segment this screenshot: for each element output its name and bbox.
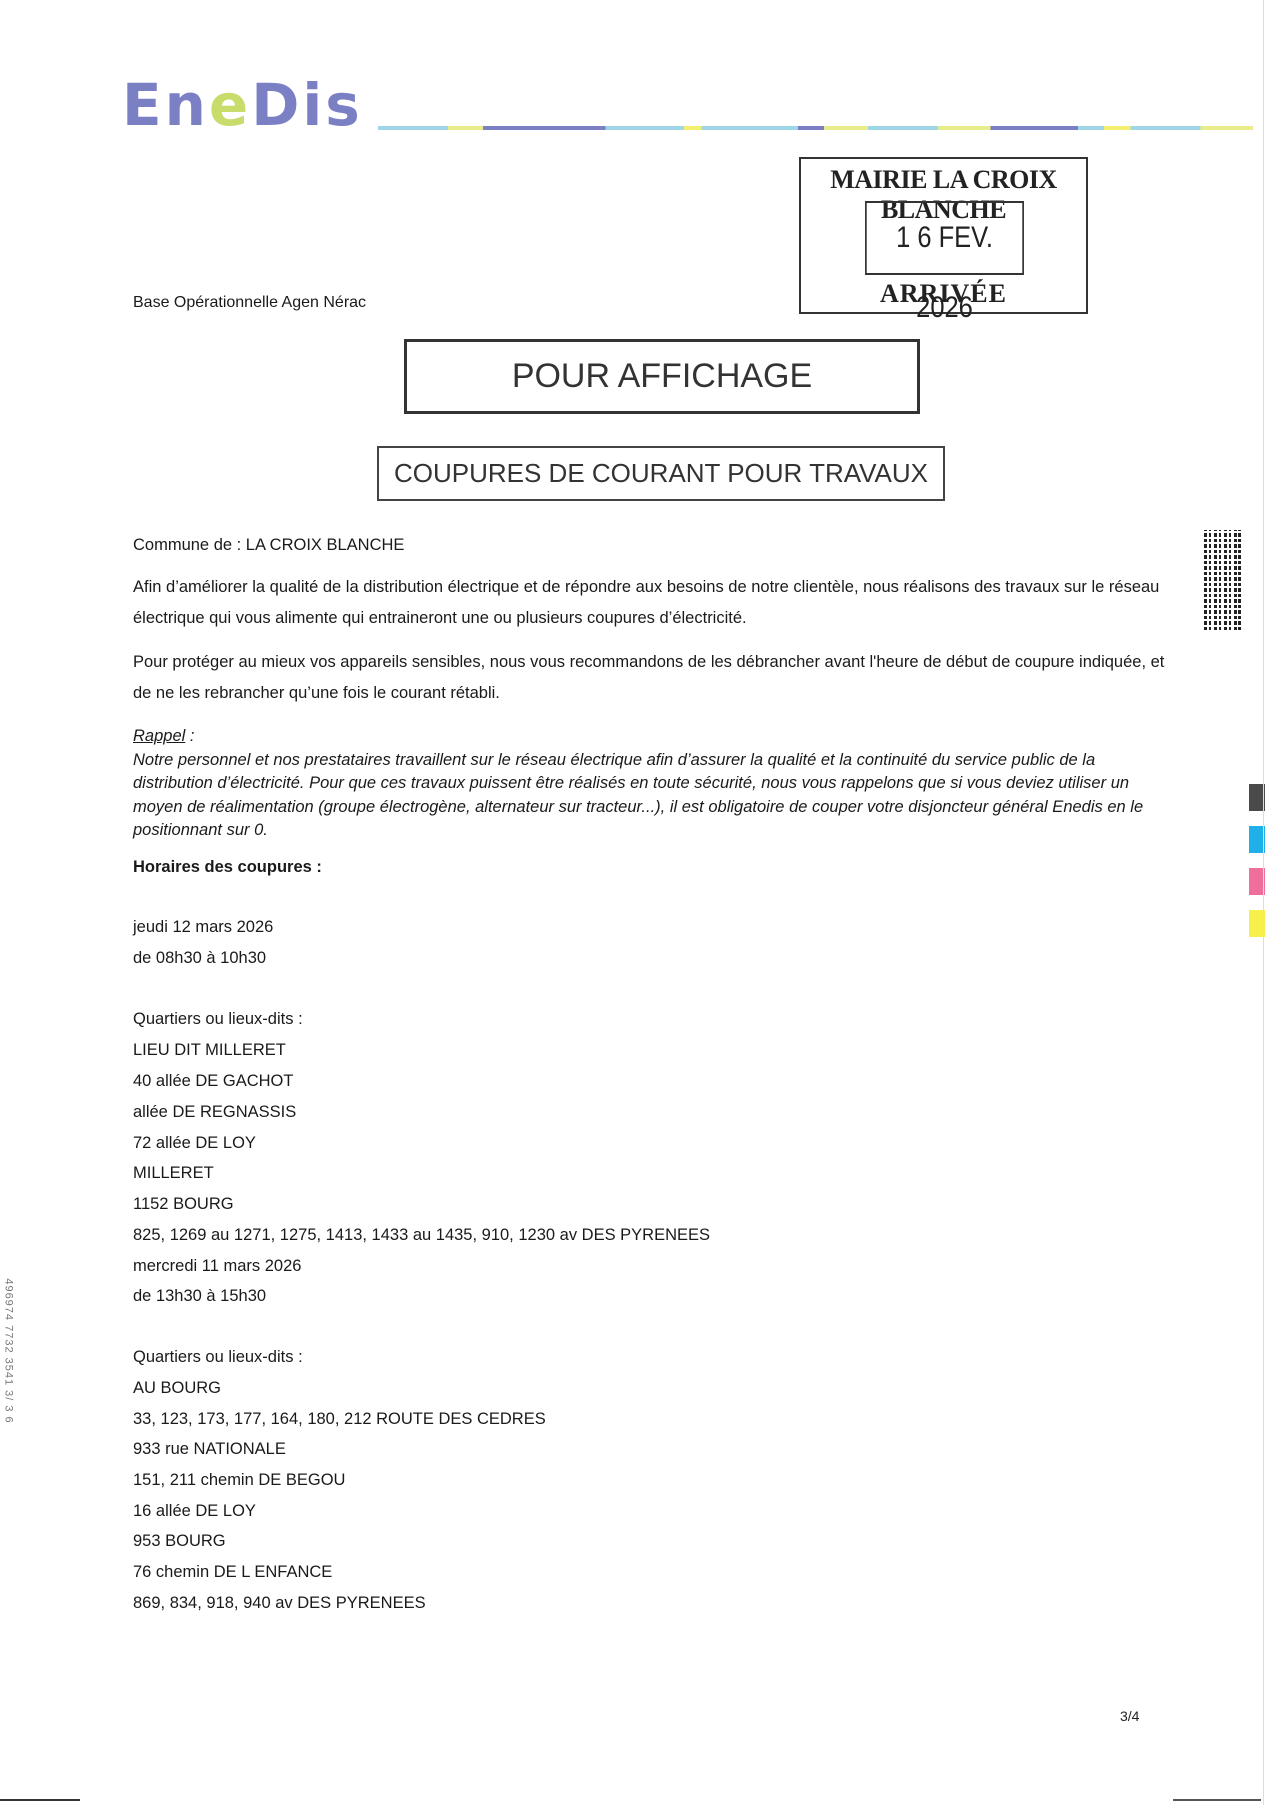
- advice-paragraph: Pour protéger au mieux vos appareils sen…: [133, 647, 1178, 709]
- enedis-logo: EneDis: [122, 76, 363, 134]
- area-item: 76 chemin DE L ENFANCE: [133, 1557, 332, 1588]
- logo-part-2: e: [209, 71, 251, 139]
- intro-paragraph: Afin d’améliorer la qualité de la distri…: [133, 572, 1178, 634]
- outage-1-areas-label: Quartiers ou lieux-dits :: [133, 1004, 303, 1035]
- area-item: 40 allée DE GACHOT: [133, 1066, 293, 1097]
- area-item: 825, 1269 au 1271, 1275, 1413, 1433 au 1…: [133, 1220, 710, 1251]
- area-item: LIEU DIT MILLERET: [133, 1035, 286, 1066]
- stamp-status: ARRIVÉE: [801, 279, 1086, 309]
- margin-tracking-code: 496974 7732 3541 3/ 3 6: [3, 1278, 15, 1423]
- header-divider: [378, 126, 1253, 130]
- schedule-title: Horaires des coupures :: [133, 852, 322, 883]
- area-item: 72 allée DE LOY: [133, 1128, 256, 1159]
- reminder-label: Rappel: [133, 727, 185, 745]
- area-item: AU BOURG: [133, 1373, 221, 1404]
- outage-1-time: de 08h30 à 10h30: [133, 943, 266, 974]
- area-item: 151, 211 chemin DE BEGOU: [133, 1465, 345, 1496]
- page-edge: [1263, 0, 1264, 1805]
- subject-box: COUPURES DE COURANT POUR TRAVAUX: [377, 446, 945, 501]
- area-item: 953 BOURG: [133, 1526, 226, 1557]
- stamp-date: 1 6 FEV. 2026: [865, 201, 1024, 275]
- area-item: MILLERET: [133, 1158, 214, 1189]
- page-number: 3/4: [1120, 1708, 1139, 1724]
- sender-unit: Base Opérationnelle Agen Nérac: [133, 294, 366, 312]
- area-item: allée DE REGNASSIS: [133, 1097, 296, 1128]
- area-item: 16 allée DE LOY: [133, 1496, 256, 1527]
- logo-part-3: Dis: [251, 71, 363, 139]
- reminder-colon: :: [185, 727, 194, 745]
- area-item: 1152 BOURG: [133, 1189, 234, 1220]
- outage-2-time: de 13h30 à 15h30: [133, 1281, 266, 1312]
- logo-part-1: En: [122, 71, 209, 139]
- reminder-block: Rappel : Notre personnel et nos prestata…: [133, 725, 1178, 843]
- outage-2-date: mercredi 11 mars 2026: [133, 1251, 301, 1282]
- area-item: 869, 834, 918, 940 av DES PYRENEES: [133, 1588, 426, 1619]
- footer-rule-right: [1173, 1799, 1261, 1801]
- reception-stamp: MAIRIE LA CROIX BLANCHE 1 6 FEV. 2026 AR…: [799, 157, 1088, 314]
- commune-line: Commune de : LA CROIX BLANCHE: [133, 530, 1178, 561]
- datamatrix-code: [1204, 530, 1241, 630]
- area-item: 933 rue NATIONALE: [133, 1434, 286, 1465]
- reminder-text: Notre personnel et nos prestataires trav…: [133, 751, 1143, 840]
- area-item: 33, 123, 173, 177, 164, 180, 212 ROUTE D…: [133, 1404, 546, 1435]
- outage-1-date: jeudi 12 mars 2026: [133, 912, 273, 943]
- footer-rule-left: [0, 1799, 80, 1801]
- banner-pour-affichage: POUR AFFICHAGE: [404, 339, 920, 414]
- outage-2-areas-label: Quartiers ou lieux-dits :: [133, 1342, 303, 1373]
